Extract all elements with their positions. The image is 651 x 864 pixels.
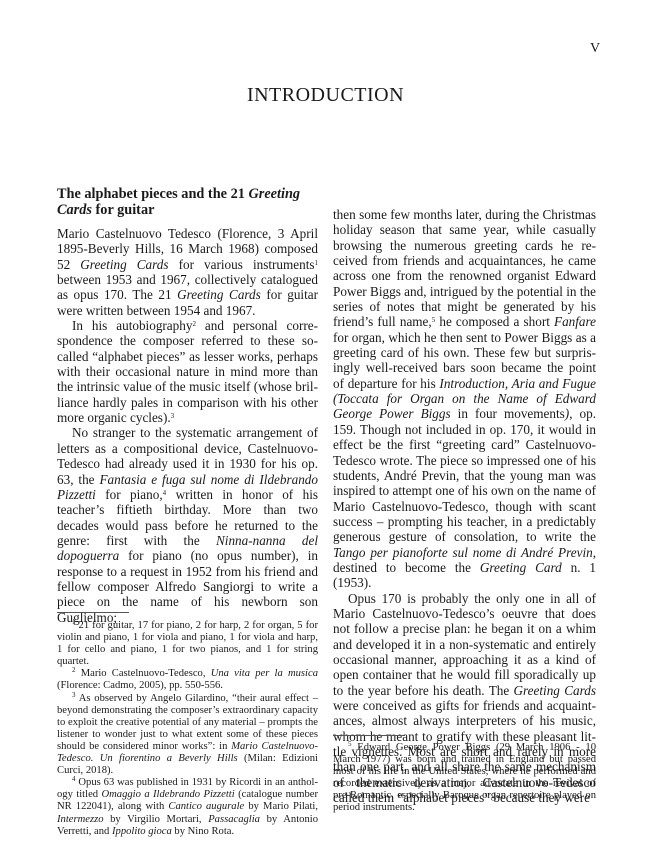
- italic-text: Greeting Cards: [80, 257, 168, 272]
- footnote: 3 As observed by Angelo Gilardino, “thei…: [57, 693, 318, 778]
- footnote: 5 Edward George Power Biggs (29 March 19…: [333, 742, 596, 815]
- italic-text: Tango per pianoforte sul nome di André P…: [333, 545, 593, 560]
- left-column-footnotes: 1 21 for guitar, 17 for piano, 2 for har…: [57, 620, 318, 838]
- italic-text: Greeting Cards: [514, 683, 596, 698]
- right-column-footnotes: 5 Edward George Power Biggs (29 March 19…: [333, 742, 596, 815]
- italic-text: Greeting Cards: [177, 287, 261, 302]
- text: then some few months later, during the C…: [333, 207, 596, 329]
- footnote-marker: 1: [315, 259, 319, 267]
- text: 21 for guitar, 17 for piano, 2 for harp,…: [57, 620, 318, 667]
- text: (Flo­rence: Cadmo, 2005), pp. 550-556.: [57, 680, 223, 691]
- footnote-separator-left: [57, 612, 129, 613]
- page-number: V: [590, 41, 600, 57]
- paragraph: then some few months later, during the C…: [333, 207, 596, 591]
- italic-text: Passacaglia: [208, 814, 260, 825]
- left-column-body: Mario Castelnuovo Tedesco (Florence, 3 A…: [57, 226, 318, 625]
- text: by Mario Pilati,: [244, 801, 318, 812]
- italic-text: Greeting Card: [480, 560, 562, 575]
- text: he composed a short: [435, 314, 554, 329]
- footnote: 4 Opus 63 was published in 1931 by Ricor…: [57, 777, 318, 837]
- italic-text: Fanfare: [554, 314, 596, 329]
- text: and personal corre­spondence the compose…: [57, 318, 318, 425]
- footnote-separator-right: [333, 735, 405, 736]
- italic-text: Una vita per la musica: [211, 668, 318, 679]
- italic-text: Cantico augurale: [168, 801, 244, 812]
- text: In his autobiography: [72, 318, 192, 333]
- italic-text: Omaggio a Ildebrando Pizzetti: [101, 789, 234, 800]
- text: Opus 170 is probably the only one in all…: [333, 591, 596, 698]
- text: for piano,: [96, 487, 163, 502]
- right-column-body: then some few months later, during the C…: [333, 207, 596, 805]
- text: for various instruments: [169, 257, 315, 272]
- paragraph: In his autobiography2 and personal corre…: [57, 318, 318, 425]
- paragraph: Mario Castelnuovo Tedesco (Florence, 3 A…: [57, 226, 318, 318]
- page-title: INTRODUCTION: [0, 84, 651, 107]
- section-heading-part1: The alphabet pieces and the 21: [57, 186, 248, 202]
- section-heading: The alphabet pieces and the 21 Greeting …: [57, 187, 322, 218]
- text: by Virgilio Mortari,: [104, 814, 209, 825]
- footnote-marker: 3: [171, 412, 175, 420]
- footnote: 1 21 for guitar, 17 for piano, 2 for har…: [57, 620, 318, 668]
- text: in four movements: [451, 406, 565, 421]
- italic-text: In­termezzo: [57, 814, 104, 825]
- text: Mario Castelnuovo-Tedesco,: [76, 668, 211, 679]
- text: Edward George Power Biggs (29 March 1906…: [333, 742, 596, 813]
- text: by Nino Rota.: [172, 826, 234, 837]
- paragraph: No stranger to the systematic arrangemen…: [57, 425, 318, 624]
- text: , op. 159. Though not included in op. 17…: [333, 406, 596, 544]
- footnote: 2 Mario Castelnuovo-Tedesco, Una vita pe…: [57, 668, 318, 692]
- section-heading-part2: for guitar: [92, 202, 154, 218]
- italic-text: Ippolito gioca: [112, 826, 172, 837]
